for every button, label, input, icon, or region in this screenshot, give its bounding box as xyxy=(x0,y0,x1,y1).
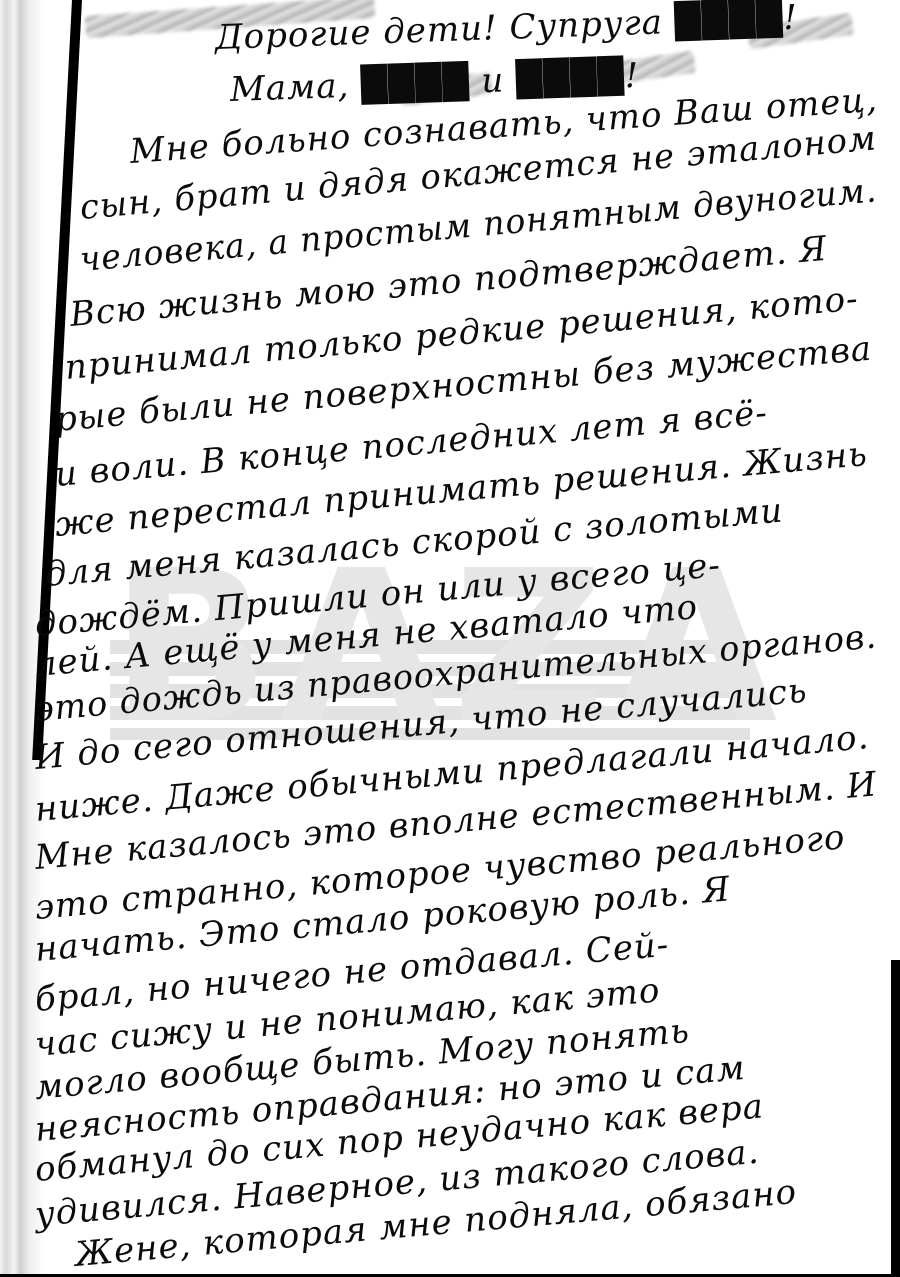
letter-page: BAZA Дорогие дети! Супруга ████! Мама, █… xyxy=(0,0,900,1277)
page-edge-shadow-right xyxy=(891,960,900,1277)
